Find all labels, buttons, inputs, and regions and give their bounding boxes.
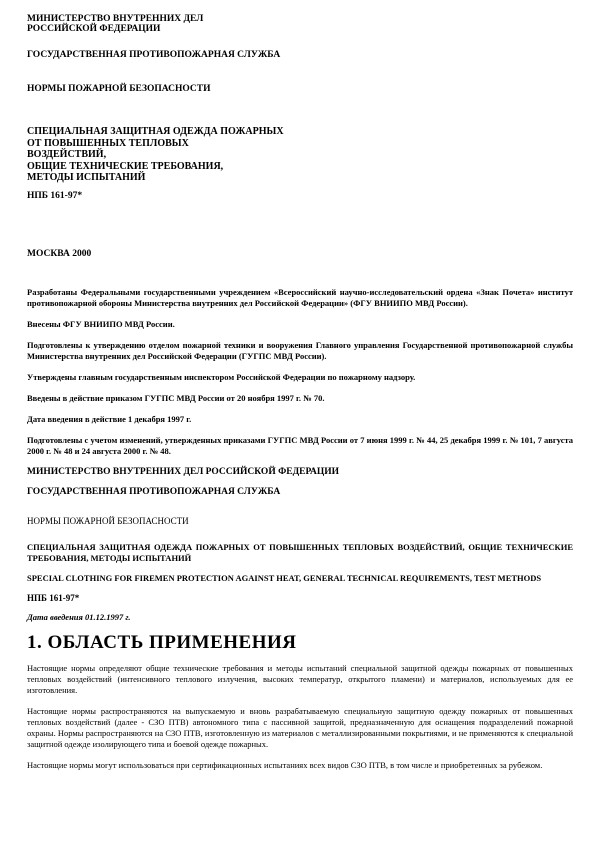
title-line: ВОЗДЕЙСТВИЙ, [27, 149, 573, 161]
fire-service-line-2: ГОСУДАРСТВЕННАЯ ПРОТИВОПОЖАРНАЯ СЛУЖБА [27, 487, 573, 497]
header-block: МИНИСТЕРСТВО ВНУТРЕННИХ ДЕЛ РОССИЙСКОЙ Ф… [27, 14, 573, 94]
city-year: МОСКВА 2000 [27, 249, 573, 259]
section-1-body: Настоящие нормы определяют общие техниче… [27, 663, 573, 771]
ministry-full-line: МИНИСТЕРСТВО ВНУТРЕННИХ ДЕЛ РОССИЙСКОЙ Ф… [27, 467, 573, 477]
section-1-heading: 1. ОБЛАСТЬ ПРИМЕНЕНИЯ [27, 632, 573, 653]
enacted-by-paragraph: Введены в действие приказом ГУГПС МВД Ро… [27, 393, 573, 404]
title-line: ОТ ПОВЫШЕННЫХ ТЕПЛОВЫХ [27, 138, 573, 150]
document-number-2: НПБ 161-97* [27, 593, 573, 603]
title-line: ОБЩИЕ ТЕХНИЧЕСКИЕ ТРЕБОВАНИЯ, [27, 161, 573, 173]
section-1-paragraph: Настоящие нормы могут использоваться при… [27, 760, 573, 771]
document-title-en: SPECIAL CLOTHING FOR FIREMEN PROTECTION … [27, 573, 573, 584]
ministry-line-2: РОССИЙСКОЙ ФЕДЕРАЦИИ [27, 24, 573, 34]
title-line: МЕТОДЫ ИСПЫТАНИЙ [27, 172, 573, 184]
second-header-block: МИНИСТЕРСТВО ВНУТРЕННИХ ДЕЛ РОССИЙСКОЙ Ф… [27, 467, 573, 622]
document-number: НПБ 161-97* [27, 191, 573, 201]
fire-safety-norms-line-2: НОРМЫ ПОЖАРНОЙ БЕЗОПАСНОСТИ [27, 516, 573, 526]
effective-date-paragraph: Дата введения в действие 1 декабря 1997 … [27, 414, 573, 425]
document-title-block: СПЕЦИАЛЬНАЯ ЗАЩИТНАЯ ОДЕЖДА ПОЖАРНЫХ ОТ … [27, 126, 573, 184]
front-matter: Разработаны Федеральными государственным… [27, 287, 573, 457]
approved-by-paragraph: Утверждены главным государственным инспе… [27, 372, 573, 383]
fire-safety-norms-line: НОРМЫ ПОЖАРНОЙ БЕЗОПАСНОСТИ [27, 84, 573, 94]
document-title-ru: СПЕЦИАЛЬНАЯ ЗАЩИТНАЯ ОДЕЖДА ПОЖАРНЫХ ОТ … [27, 542, 573, 564]
document-page: МИНИСТЕРСТВО ВНУТРЕННИХ ДЕЛ РОССИЙСКОЙ Ф… [0, 0, 595, 842]
prepared-by-paragraph: Подготовлены к утверждению отделом пожар… [27, 340, 573, 362]
effective-date-line: Дата введения 01.12.1997 г. [27, 612, 573, 622]
amendments-paragraph: Подготовлены с учетом изменений, утвержд… [27, 435, 573, 457]
fire-service-line: ГОСУДАРСТВЕННАЯ ПРОТИВОПОЖАРНАЯ СЛУЖБА [27, 50, 573, 60]
submitted-by-paragraph: Внесены ФГУ ВНИИПО МВД России. [27, 319, 573, 330]
section-1-paragraph: Настоящие нормы распространяются на выпу… [27, 706, 573, 750]
ministry-line-1: МИНИСТЕРСТВО ВНУТРЕННИХ ДЕЛ [27, 14, 573, 24]
section-1-paragraph: Настоящие нормы определяют общие техниче… [27, 663, 573, 696]
developed-by-paragraph: Разработаны Федеральными государственным… [27, 287, 573, 309]
title-line: СПЕЦИАЛЬНАЯ ЗАЩИТНАЯ ОДЕЖДА ПОЖАРНЫХ [27, 126, 573, 138]
